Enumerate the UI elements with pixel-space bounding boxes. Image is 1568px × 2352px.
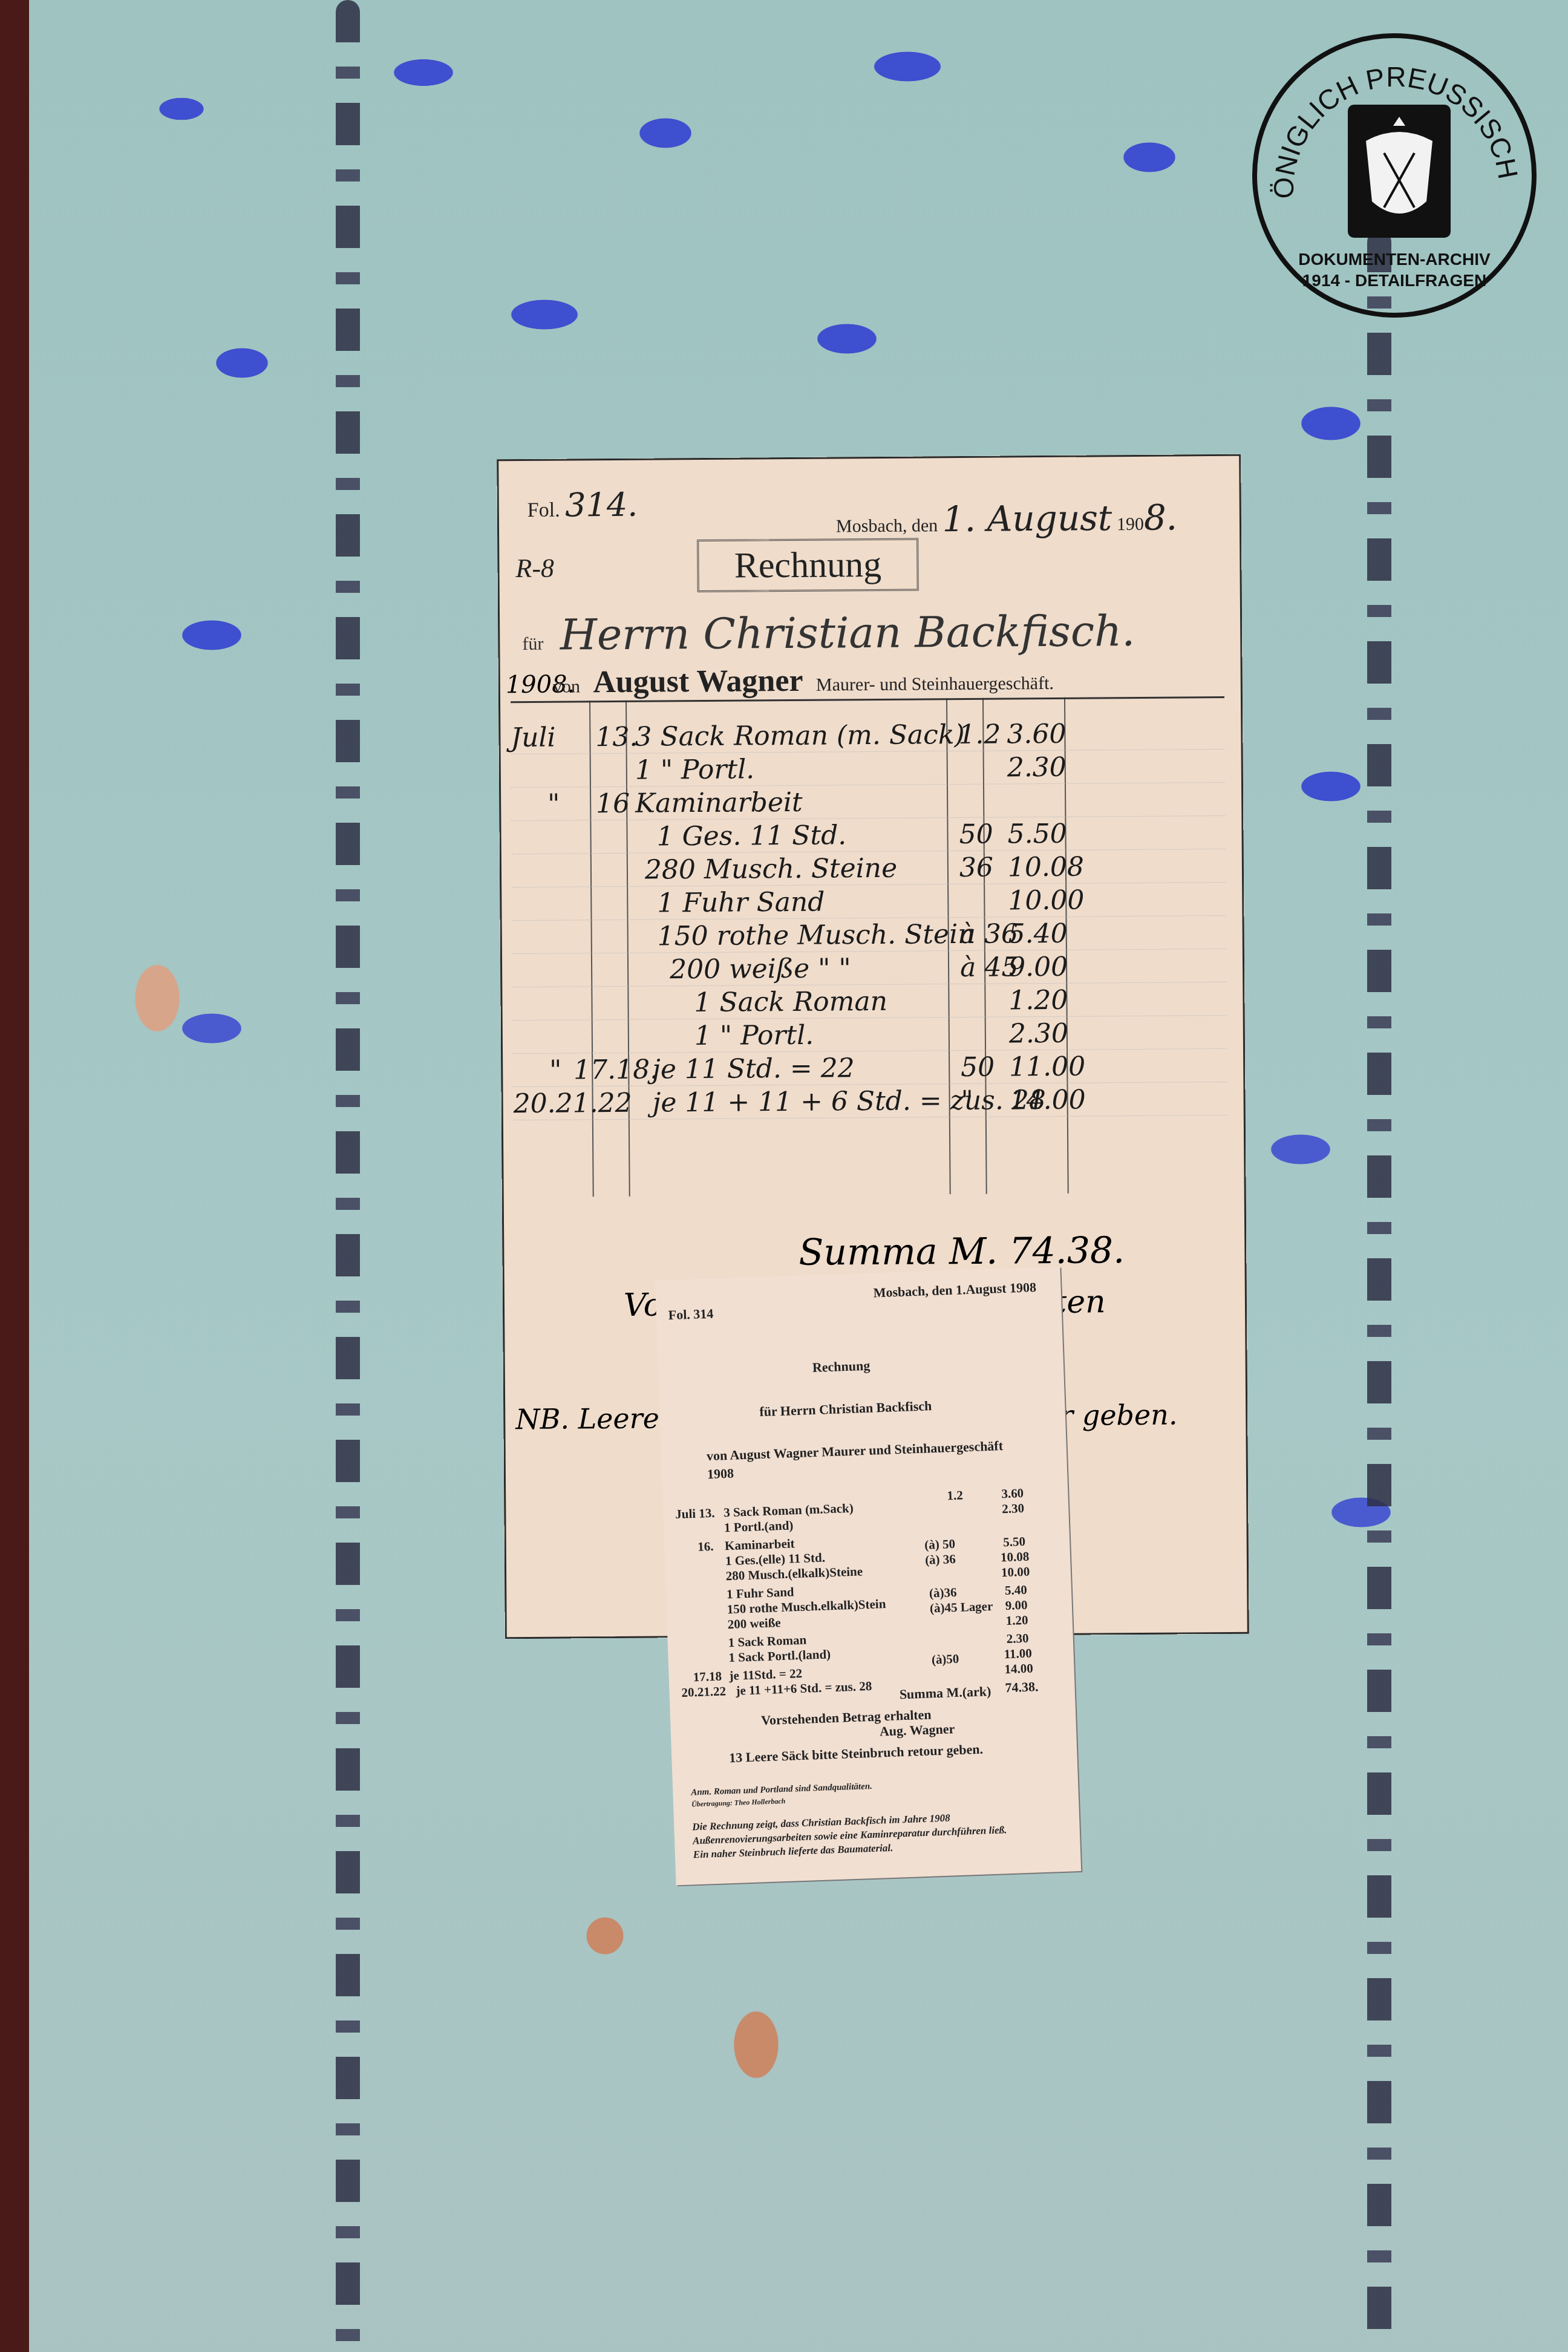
ledger-row: 200 weiße " "à 459.00 [512,949,1226,987]
ledger-table: Juli13.3 Sack Roman (m. Sack)1.23.60 1 "… [511,696,1227,1120]
folio-number: Fol. 314. [528,486,638,524]
ledger-row: 150 rothe Musch. Steinà 365.40 [512,916,1226,954]
reference-mark: R-8 [515,553,554,584]
archive-seal-watermark: KÖNIGLICH PREUSSISCHES DOKUMENTEN-ARCHIV… [1252,33,1537,318]
stencil-chain-pattern-right [1367,230,1391,2352]
transcript-folio: Fol. 314 [668,1306,713,1324]
transcript-issuer: von August Wagner Maurer und Steinhauerg… [706,1438,1003,1464]
typed-transcription-card: Fol. 314 Mosbach, den 1.August 1908 Rech… [655,1267,1081,1886]
transcript-signature: Aug. Wagner [880,1721,955,1739]
ledger-row: "16Kaminarbeit [511,783,1225,821]
ledger-row: "17.18.je 11 Std. = 225011.00 [513,1049,1227,1087]
seal-line-1: DOKUMENTEN-ARCHIV [1257,250,1532,269]
recipient-line: für Herrn Christian Backfisch. [522,606,1135,660]
transcript-summa-label: Summa M.(ark) [899,1684,991,1702]
invoice-title: Rechnung [697,538,919,592]
ledger-row: 1 Sack Roman1.20 [512,982,1226,1021]
place-date: Mosbach, den 1. August 1908. [836,497,1178,540]
transcript-place-date: Mosbach, den 1.August 1908 [873,1279,1036,1301]
seal-line-2: 1914 - DETAILFRAGEN [1257,271,1532,290]
ledger-row: 20.21.22je 11 + 11 + 6 Std. = zus. 28"14… [513,1082,1227,1120]
ledger-row: 1 " Portl.2.30 [513,1016,1227,1054]
transcript-recipient: für Herrn Christian Backfisch [759,1398,932,1420]
transcript-note: 13 Leere Säck bitte Steinbruch retour ge… [729,1742,983,1766]
ledger-row: Juli13.3 Sack Roman (m. Sack)1.23.60 [511,716,1224,754]
transcript-annotation: Anm. Roman und Portland sind Sandqualitä… [691,1782,872,1798]
ledger-row: 280 Musch. Steine3610.08 [512,849,1226,887]
invoice-total: Summa M. 74.38. [799,1229,1125,1274]
transcript-title: Rechnung [812,1358,870,1376]
transcript-year: 1908 [707,1466,734,1483]
transcript-summa-value: 74.38. [1005,1679,1039,1696]
stencil-chain-pattern-left [336,0,360,2352]
transcript-credit: Übertragung: Theo Hollerbach [691,1797,786,1809]
door-frame-edge [0,0,29,2352]
ledger-row: 1 Ges. 11 Std.505.50 [511,816,1225,854]
prussian-eagle-icon [1348,105,1451,238]
ledger-row: 1 Fuhr Sand10.00 [512,883,1226,921]
issuer-line: von August Wagner Maurer- und Steinhauer… [553,661,1054,701]
ledger-row: 1 " Portl.2.30 [511,750,1225,788]
